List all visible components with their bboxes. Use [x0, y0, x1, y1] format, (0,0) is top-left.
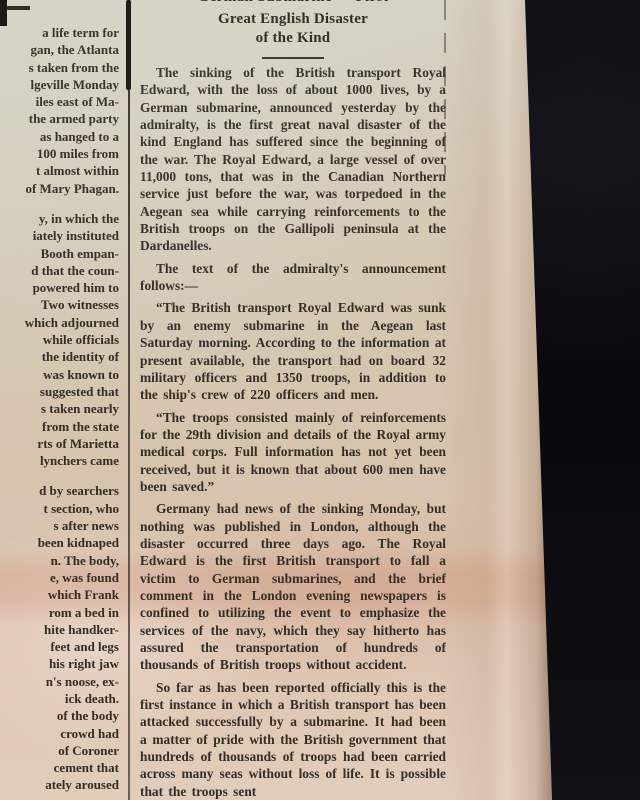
- left-column-line: s after news: [0, 517, 119, 534]
- left-column-line: e, was found: [0, 569, 119, 586]
- left-column-line: been kidnaped: [0, 534, 119, 551]
- left-column-line: t section, who: [0, 500, 119, 517]
- left-column-dash-rule: [7, 6, 30, 10]
- article-paragraph: “The British transport Royal Edward was …: [140, 299, 446, 403]
- left-column-line: as hanged to a: [0, 128, 119, 145]
- left-column-line: t almost within: [0, 162, 119, 179]
- left-column-line: n. The body,: [0, 552, 119, 569]
- headline: Great English Disaster of the Kind: [140, 10, 446, 47]
- newspaper-photo: a life term forgan, the Atlantas taken f…: [0, 0, 640, 800]
- left-column-paragraph: a life term forgan, the Atlantas taken f…: [0, 24, 119, 197]
- left-column-line: of the body: [0, 707, 119, 724]
- left-column-line: feet and legs: [0, 638, 119, 655]
- left-column-line: crowd had: [0, 725, 119, 742]
- article-body: The sinking of the British transport Roy…: [140, 64, 446, 800]
- left-column-line: Booth empan-: [0, 245, 119, 262]
- left-column-line: ately aroused: [0, 776, 119, 793]
- left-column-line: iately instituted: [0, 227, 119, 244]
- left-column-line: his right jaw: [0, 655, 119, 672]
- left-column-paragraph: y, in which theiately institutedBooth em…: [0, 210, 119, 469]
- left-column-line: y, in which the: [0, 210, 119, 227]
- corner-ink-mark: [0, 0, 7, 26]
- left-column-line: the armed party: [0, 110, 119, 127]
- left-column-line: hite handker-: [0, 621, 119, 638]
- left-column-line: rts of Marietta: [0, 435, 119, 452]
- left-column-line: which Frank: [0, 586, 119, 603]
- left-column-line: while officials: [0, 331, 119, 348]
- left-column-line: d that the coun-: [0, 262, 119, 279]
- article-paragraph: So far as has been reported officially t…: [140, 679, 446, 800]
- left-column-line: powered him to: [0, 279, 119, 296]
- left-column-line: iles east of Ma-: [0, 93, 119, 110]
- center-column: German Submarine — First Great English D…: [140, 0, 446, 800]
- headline-divider: [262, 57, 324, 59]
- left-column: a life term forgan, the Atlantas taken f…: [0, 24, 126, 794]
- left-column-line: gan, the Atlanta: [0, 41, 119, 58]
- article-paragraph: The sinking of the British transport Roy…: [140, 64, 446, 255]
- headline-line-2: of the Kind: [140, 29, 446, 48]
- left-column-line: cement that: [0, 759, 119, 776]
- left-column-line: the identity of: [0, 348, 119, 365]
- headline-line-1: Great English Disaster: [140, 10, 446, 29]
- left-column-line: lynchers came: [0, 452, 119, 469]
- left-column-line: was known to: [0, 366, 119, 383]
- headline-partial-text: German Submarine — First: [140, 0, 446, 6]
- left-column-line: a life term for: [0, 24, 119, 41]
- article-paragraph: Germany had news of the sinking Monday, …: [140, 500, 446, 673]
- column-rule-left: [128, 0, 130, 800]
- left-column-line: rom a bed in: [0, 604, 119, 621]
- left-column-line: Two witnesses: [0, 296, 119, 313]
- column-rule-left-cap: [126, 0, 131, 90]
- left-column-line: which adjourned: [0, 314, 119, 331]
- article-paragraph: “The troops consisted mainly of reinforc…: [140, 409, 446, 496]
- left-column-line: n's noose, ex-: [0, 673, 119, 690]
- left-column-line: suggested that: [0, 383, 119, 400]
- left-column-line: 100 miles from: [0, 145, 119, 162]
- left-column-line: d by searchers: [0, 482, 119, 499]
- headline-partial-line: German Submarine — First: [140, 0, 446, 8]
- left-column-paragraph: d by searcherst section, whos after news…: [0, 482, 119, 793]
- left-column-line: lgeville Monday: [0, 76, 119, 93]
- left-column-line: of Coroner: [0, 742, 119, 759]
- left-column-line: of Mary Phagan.: [0, 180, 119, 197]
- left-column-line: s taken nearly: [0, 400, 119, 417]
- article-paragraph: The text of the admiralty's announcement…: [140, 260, 446, 295]
- left-column-line: from the state: [0, 418, 119, 435]
- left-column-line: s taken from the: [0, 59, 119, 76]
- left-column-line: ick death.: [0, 690, 119, 707]
